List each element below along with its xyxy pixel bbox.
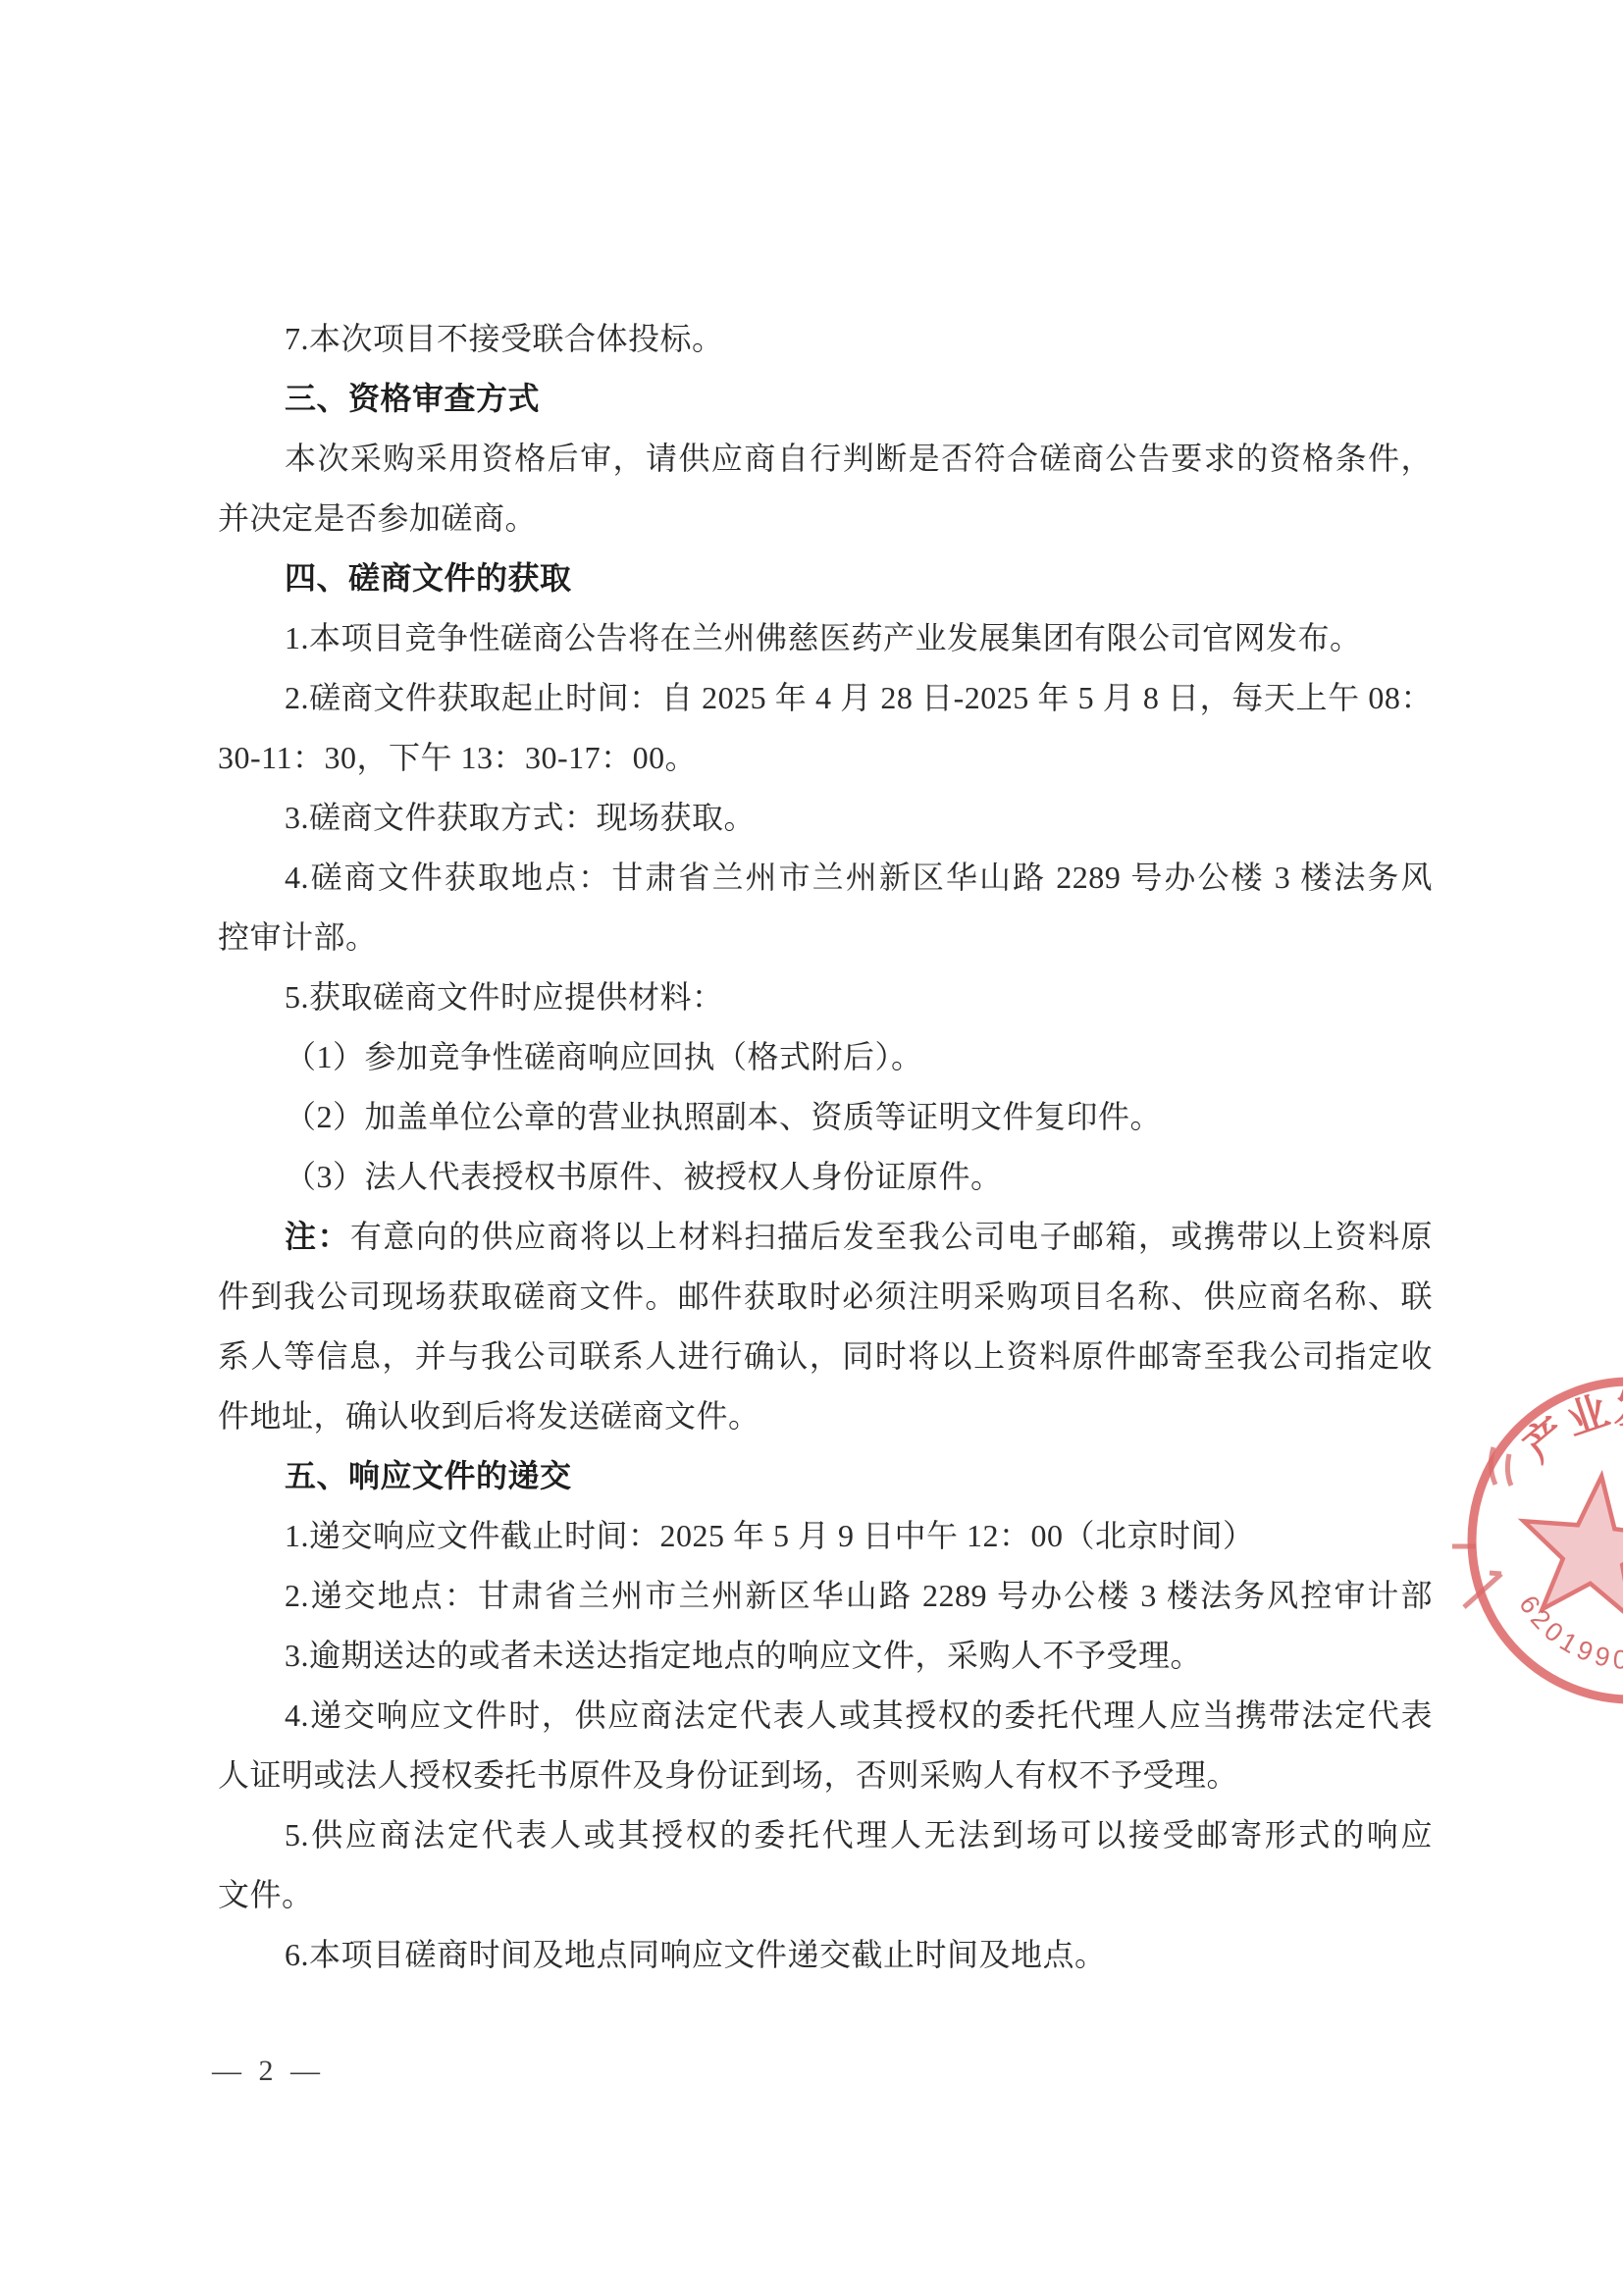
text-line: 3.逾期送达的或者未送达指定地点的响应文件，采购人不予受理。 bbox=[218, 1626, 1433, 1686]
text-line: 人证明或法人授权委托书原件及身份证到场，否则采购人有权不予受理。 bbox=[218, 1746, 1433, 1805]
note-label: 注： bbox=[285, 1219, 350, 1254]
text-line: 5.供应商法定代表人或其授权的委托代理人无法到场可以接受邮寄形式的响应 bbox=[218, 1805, 1433, 1865]
section-heading-5: 五、响应文件的递交 bbox=[218, 1446, 1433, 1506]
page-number: — 2 — bbox=[212, 2055, 325, 2088]
text-line: 2.递交地点：甘肃省兰州市兰州新区华山路 2289 号办公楼 3 楼法务风控审计… bbox=[218, 1566, 1433, 1626]
text-line: （2）加盖单位公章的营业执照副本、资质等证明文件复印件。 bbox=[218, 1087, 1433, 1147]
text-line: 5.获取磋商文件时应提供材料： bbox=[218, 967, 1433, 1027]
text-line: 2.磋商文件获取起止时间：自 2025 年 4 月 28 日-2025 年 5 … bbox=[218, 668, 1433, 728]
text-line: （1）参加竞争性磋商响应回执（格式附后）。 bbox=[218, 1027, 1433, 1087]
note-text: 有意向的供应商将以上材料扫描后发至我公司电子邮箱，或携带以上资料原 bbox=[350, 1219, 1433, 1254]
text-line: 4.递交响应文件时，供应商法定代表人或其授权的委托代理人应当携带法定代表 bbox=[218, 1686, 1433, 1746]
text-line: 本次采购采用资格后审，请供应商自行判断是否符合磋商公告要求的资格条件， bbox=[218, 429, 1433, 489]
text-line: 3.磋商文件获取方式：现场获取。 bbox=[218, 788, 1433, 848]
section-heading-3: 三、资格审查方式 bbox=[218, 369, 1433, 429]
text-line: 件地址，确认收到后将发送磋商文件。 bbox=[218, 1386, 1433, 1446]
text-line: 控审计部。 bbox=[218, 908, 1433, 967]
text-line: 1.递交响应文件截止时间：2025 年 5 月 9 日中午 12：00（北京时间… bbox=[218, 1506, 1433, 1566]
document-page: 7.本次项目不接受联合体投标。三、资格审查方式本次采购采用资格后审，请供应商自行… bbox=[0, 0, 1623, 2296]
text-line: 4.磋商文件获取地点：甘肃省兰州市兰州新区华山路 2289 号办公楼 3 楼法务… bbox=[218, 848, 1433, 908]
official-stamp-icon: 产业发 62019900 bbox=[1444, 1354, 1623, 1727]
text-line: 6.本项目磋商时间及地点同响应文件递交截止时间及地点。 bbox=[218, 1925, 1433, 1985]
text-line: 并决定是否参加磋商。 bbox=[218, 489, 1433, 548]
note-line: 注：有意向的供应商将以上材料扫描后发至我公司电子邮箱，或携带以上资料原 bbox=[218, 1207, 1433, 1267]
text-line: 系人等信息，并与我公司联系人进行确认，同时将以上资料原件邮寄至我公司指定收 bbox=[218, 1327, 1433, 1386]
text-line: 件到我公司现场获取磋商文件。邮件获取时必须注明采购项目名称、供应商名称、联 bbox=[218, 1267, 1433, 1327]
text-line: 30-11：30，下午 13：30-17：00。 bbox=[218, 728, 1433, 788]
text-line: 7.本次项目不接受联合体投标。 bbox=[218, 309, 1433, 369]
section-heading-4: 四、磋商文件的获取 bbox=[218, 548, 1433, 608]
document-body: 7.本次项目不接受联合体投标。三、资格审查方式本次采购采用资格后审，请供应商自行… bbox=[218, 309, 1433, 1985]
text-line: （3）法人代表授权书原件、被授权人身份证原件。 bbox=[218, 1147, 1433, 1207]
text-line: 文件。 bbox=[218, 1865, 1433, 1925]
text-line: 1.本项目竞争性磋商公告将在兰州佛慈医药产业发展集团有限公司官网发布。 bbox=[218, 608, 1433, 668]
